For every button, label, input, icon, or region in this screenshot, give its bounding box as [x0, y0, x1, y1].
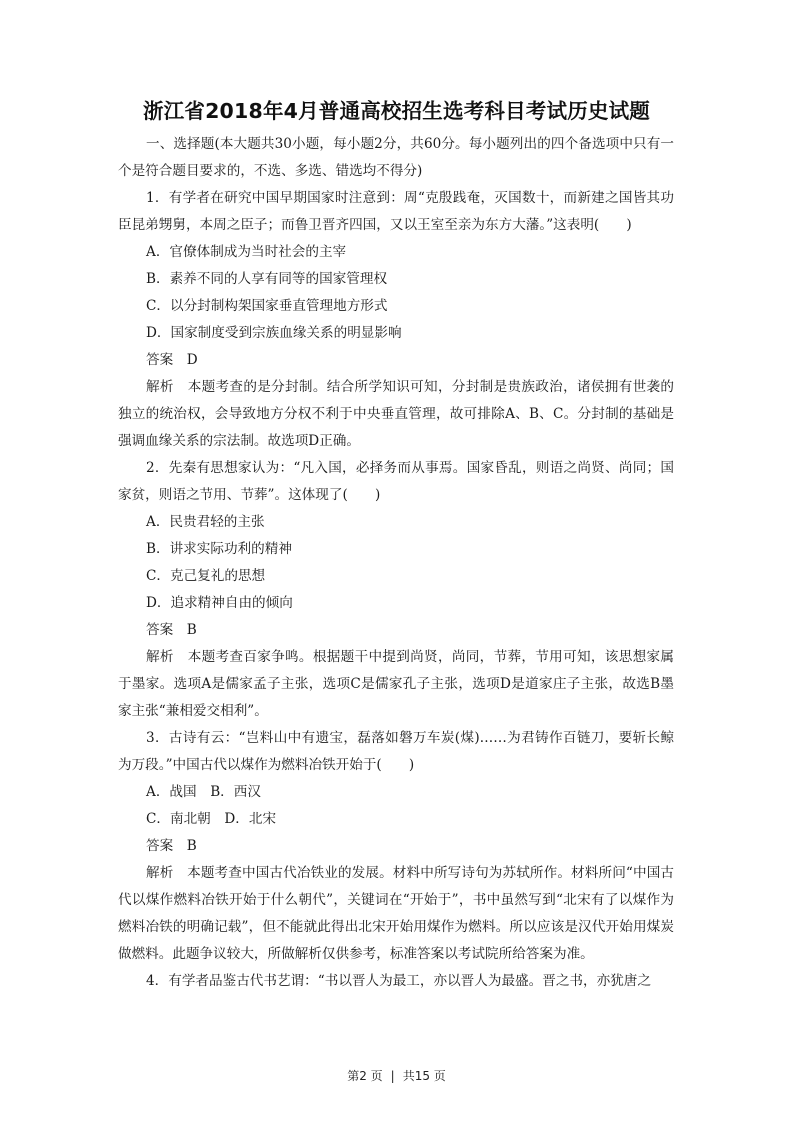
footer-separator: |	[391, 1069, 395, 1083]
question-2-option-d: D．追求精神自由的倾向	[118, 590, 674, 617]
question-3-stem: 3．古诗有云：“岂料山中有遗宝，磊落如磐万车炭(煤)……为君铸作百链刀，要斩长鲸…	[118, 725, 674, 779]
question-3-options-ab: A．战国 B．西汉	[118, 779, 674, 806]
document-title: 浙江省2018年4月普通高校招生选考科目考试历史试题	[0, 94, 793, 124]
page-total: 共15 页	[403, 1069, 446, 1083]
question-2-option-a: A．民贵君轻的主张	[118, 509, 674, 536]
question-2-option-b: B．讲求实际功利的精神	[118, 536, 674, 563]
question-4-stem: 4．有学者品鉴古代书艺谓：“书以晋人为最工，亦以晋人为最盛。晋之书，亦犹唐之	[118, 968, 674, 995]
question-1-stem: 1．有学者在研究中国早期国家时注意到：周“克殷践奄，灭国数十，而新建之国皆其功臣…	[118, 185, 674, 239]
question-1-answer: 答案 D	[118, 347, 674, 374]
question-3-analysis: 解析 本题考查中国古代冶铁业的发展。材料中所写诗句为苏轼所作。材料所问“中国古代…	[118, 860, 674, 968]
page-number: 第2 页	[347, 1069, 382, 1083]
question-1-option-c: C．以分封制构架国家垂直管理地方形式	[118, 293, 674, 320]
question-3-answer: 答案 B	[118, 833, 674, 860]
question-3-options-cd: C．南北朝 D．北宋	[118, 806, 674, 833]
question-2-answer: 答案 B	[118, 617, 674, 644]
question-2-stem: 2．先秦有思想家认为：“凡入国，必择务而从事焉。国家昏乱，则语之尚贤、尚同；国家…	[118, 455, 674, 509]
section-intro: 一、选择题(本大题共30小题，每小题2分，共60分。每小题列出的四个备选项中只有…	[118, 131, 674, 185]
question-2-analysis: 解析 本题考查百家争鸣。根据题干中提到尚贤，尚同，节葬，节用可知，该思想家属于墨…	[118, 644, 674, 725]
question-1-option-a: A．官僚体制成为当时社会的主宰	[118, 239, 674, 266]
page-footer: 第2 页|共15 页	[0, 1067, 793, 1084]
question-1-option-b: B．素养不同的人享有同等的国家管理权	[118, 266, 674, 293]
question-1-analysis: 解析 本题考查的是分封制。结合所学知识可知，分封制是贵族政治，诸侯拥有世袭的独立…	[118, 374, 674, 455]
question-2-option-c: C．克己复礼的思想	[118, 563, 674, 590]
question-1-option-d: D．国家制度受到宗族血缘关系的明显影响	[118, 320, 674, 347]
document-page: 浙江省2018年4月普通高校招生选考科目考试历史试题 一、选择题(本大题共30小…	[0, 0, 793, 1122]
document-body: 一、选择题(本大题共30小题，每小题2分，共60分。每小题列出的四个备选项中只有…	[118, 131, 674, 995]
